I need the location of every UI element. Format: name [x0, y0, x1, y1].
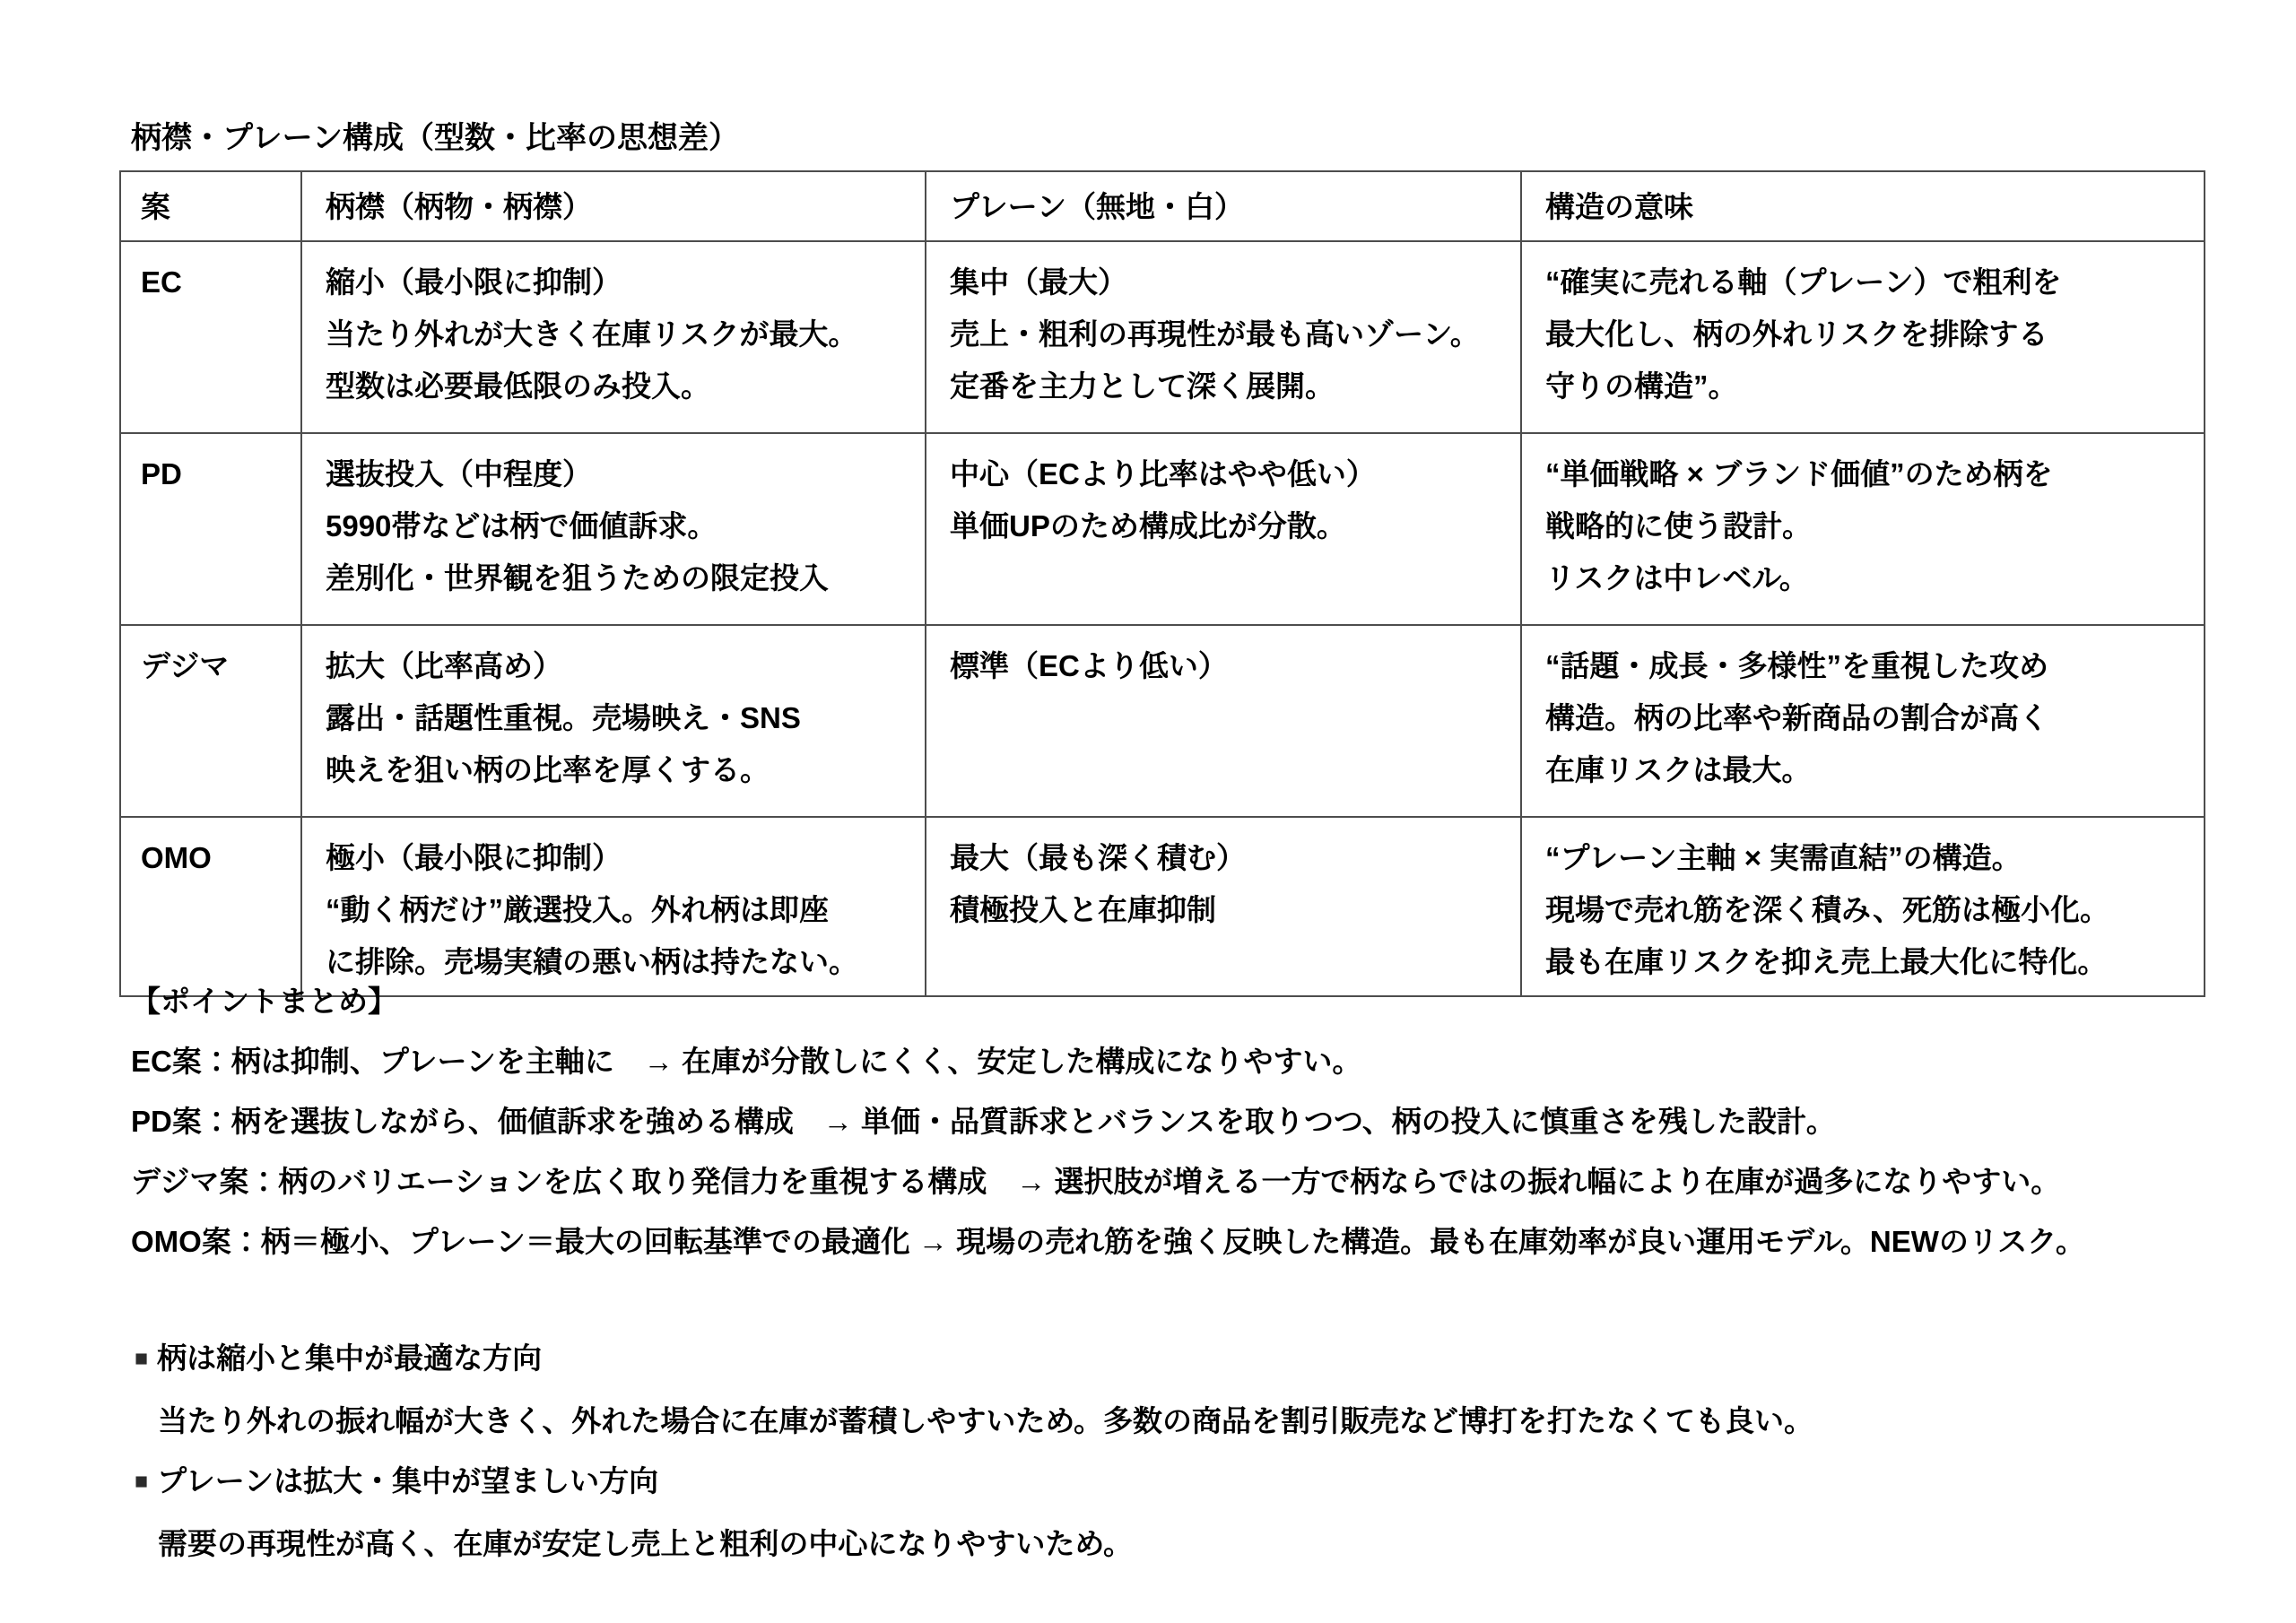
cell-pd-pattern: 選抜投入（中程度） 5990帯などは柄で価値訴求。 差別化・世界観を狙うための限… [301, 433, 926, 625]
page-title: 柄襟・プレーン構成（型数・比率の思想差） [131, 122, 739, 155]
point-line-ec: EC案：柄は抑制、プレーンを主軸に → 在庫が分散しにくく、安定した構成になりや… [131, 1046, 2085, 1077]
cell-digima-pattern: 拡大（比率高め） 露出・話題性重視。売場映え・SNS 映えを狙い柄の比率を厚くす… [301, 625, 926, 817]
cell-digima-plain: 標準（ECより低い） [926, 625, 1521, 817]
cell-omo-plain: 最大（最も深く積む） 積極投入と在庫抑制 [926, 817, 1521, 996]
cell-ec-pattern: 縮小（最小限に抑制） 当たり外れが大きく在庫リスクが最大。 型数は必要最低限のみ… [301, 241, 926, 433]
square-bullet-icon: ■ [135, 1466, 148, 1497]
note-plain-title: プレーンは拡大・集中が望ましい方向 [157, 1464, 658, 1497]
table-row-ec: EC 縮小（最小限に抑制） 当たり外れが大きく在庫リスクが最大。 型数は必要最低… [120, 241, 2205, 433]
plan-comparison-table: 案 柄襟（柄物・柄襟） プレーン（無地・白） 構造の意味 EC 縮小（最小限に抑… [119, 170, 2205, 997]
point-line-digima: デジマ案：柄のバリエーションを広く取り発信力を重視する構成 → 選択肢が増える一… [131, 1167, 2085, 1197]
column-header-plan: 案 [120, 171, 301, 241]
table-row-pd: PD 選抜投入（中程度） 5990帯などは柄で価値訴求。 差別化・世界観を狙うた… [120, 433, 2205, 625]
cell-omo-meaning: “プレーン主軸 × 実需直結”の構造。 現場で売れ筋を深く積み、死筋は極小化。 … [1521, 817, 2205, 996]
column-header-pattern: 柄襟（柄物・柄襟） [301, 171, 926, 241]
note-pattern-title: 柄は縮小と集中が最適な方向 [157, 1341, 542, 1375]
cell-ec-meaning: “確実に売れる軸（プレーン）で粗利を 最大化し、柄の外れリスクを排除する 守りの… [1521, 241, 2205, 433]
column-header-plain: プレーン（無地・白） [926, 171, 1521, 241]
points-summary-section: 【ポイントまとめ】 EC案：柄は抑制、プレーンを主軸に → 在庫が分散しにくく、… [131, 986, 2085, 1287]
cell-omo-pattern: 極小（最小限に抑制） “動く柄だけ”厳選投入。外れ柄は即座 に排除。売場実績の悪… [301, 817, 926, 996]
note-plain: ■プレーンは拡大・集中が望ましい方向 需要の再現性が高く、在庫が安定し売上と粗利… [135, 1466, 1813, 1559]
column-header-meaning: 構造の意味 [1521, 171, 2205, 241]
table-row-omo: OMO 極小（最小限に抑制） “動く柄だけ”厳選投入。外れ柄は即座 に排除。売場… [120, 817, 2205, 996]
square-bullet-icon: ■ [135, 1343, 148, 1374]
cell-pd-meaning: “単価戦略 × ブランド価値”のため柄を 戦略的に使う設計。 リスクは中レベル。 [1521, 433, 2205, 625]
row-label-omo: OMO [120, 817, 301, 996]
cell-ec-plain: 集中（最大） 売上・粗利の再現性が最も高いゾーン。 定番を主力として深く展開。 [926, 241, 1521, 433]
row-label-ec: EC [120, 241, 301, 433]
cell-digima-meaning: “話題・成長・多様性”を重視した攻め 構造。柄の比率や新商品の割合が高く 在庫リ… [1521, 625, 2205, 817]
conclusion-notes-section: ■柄は縮小と集中が最適な方向 当たり外れの振れ幅が大きく、外れた場合に在庫が蓄積… [135, 1343, 1813, 1589]
note-pattern-title-row: ■柄は縮小と集中が最適な方向 [135, 1343, 1813, 1376]
note-pattern-description: 当たり外れの振れ幅が大きく、外れた場合に在庫が蓄積しやすいため。多数の商品を割引… [135, 1406, 1813, 1436]
point-line-omo: OMO案：柄＝極小、プレーン＝最大の回転基準での最適化 → 現場の売れ筋を強く反… [131, 1227, 2085, 1257]
note-plain-title-row: ■プレーンは拡大・集中が望ましい方向 [135, 1466, 1813, 1499]
cell-pd-plain: 中心（ECより比率はやや低い） 単価UPのため構成比が分散。 [926, 433, 1521, 625]
note-plain-description: 需要の再現性が高く、在庫が安定し売上と粗利の中心になりやすいため。 [135, 1529, 1813, 1559]
note-pattern: ■柄は縮小と集中が最適な方向 当たり外れの振れ幅が大きく、外れた場合に在庫が蓄積… [135, 1343, 1813, 1436]
row-label-pd: PD [120, 433, 301, 625]
points-summary-heading: 【ポイントまとめ】 [131, 986, 2085, 1017]
table-header-row: 案 柄襟（柄物・柄襟） プレーン（無地・白） 構造の意味 [120, 171, 2205, 241]
point-line-pd: PD案：柄を選抜しながら、価値訴求を強める構成 → 単価・品質訴求とバランスを取… [131, 1107, 2085, 1137]
document-page: 柄襟・プレーン構成（型数・比率の思想差） 案 柄襟（柄物・柄襟） プレーン（無地… [0, 0, 2296, 1623]
row-label-digima: デジマ [120, 625, 301, 817]
table-row-digima: デジマ 拡大（比率高め） 露出・話題性重視。売場映え・SNS 映えを狙い柄の比率… [120, 625, 2205, 817]
